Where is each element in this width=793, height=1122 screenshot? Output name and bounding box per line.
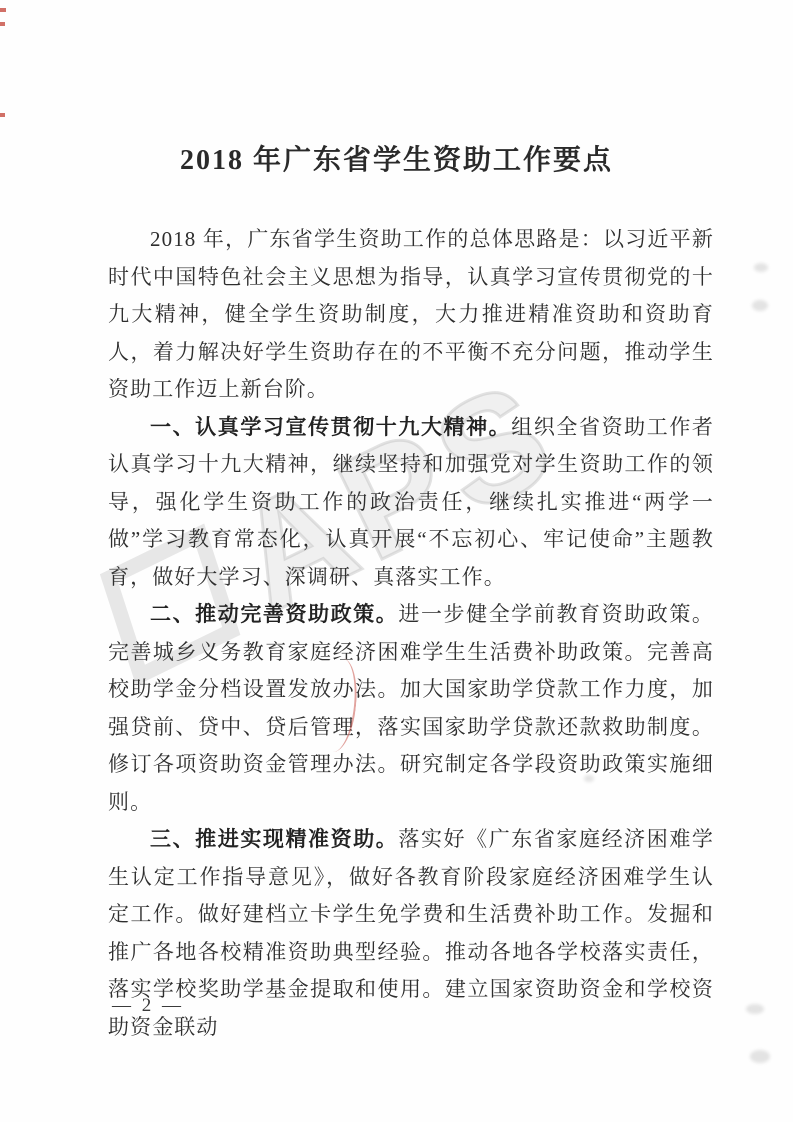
paragraph-text: 落实好《广东省家庭经济困难学生认定工作指导意见》，做好各教育阶段家庭经济困难学生… <box>108 827 714 1039</box>
paragraph-text: 进一步健全学前教育资助政策。完善城乡义务教育家庭经济困难学生生活费补助政策。完善… <box>108 602 714 814</box>
document-page: APS 2018 年广东省学生资助工作要点 2018 年，广东省学生资助工作的总… <box>0 0 793 1122</box>
red-ink-mark <box>0 8 6 12</box>
section-heading-2: 二、推动完善资助政策。 <box>150 603 398 626</box>
scan-smudge <box>754 263 768 272</box>
scan-smudge <box>746 1004 764 1014</box>
document-title: 2018 年广东省学生资助工作要点 <box>0 138 793 178</box>
paragraph-section-1: 一、认真学习宣传贯彻十九大精神。组织全省资助工作者认真学习十九大精神，继续坚持和… <box>108 409 714 597</box>
page-number: — 2 — <box>112 995 184 1017</box>
document-body: 2018 年，广东省学生资助工作的总体思路是：以习近平新时代中国特色社会主义思想… <box>108 221 714 1046</box>
paragraph-intro: 2018 年，广东省学生资助工作的总体思路是：以习近平新时代中国特色社会主义思想… <box>108 221 714 409</box>
red-ink-mark <box>0 22 5 26</box>
paragraph-text: 2018 年，广东省学生资助工作的总体思路是：以习近平新时代中国特色社会主义思想… <box>108 227 714 401</box>
paragraph-text: 组织全省资助工作者认真学习十九大精神，继续坚持和加强党对学生资助工作的领导，强化… <box>108 415 714 589</box>
section-heading-3: 三、推进实现精准资助。 <box>150 828 398 851</box>
red-ink-mark <box>0 113 5 117</box>
paragraph-section-3: 三、推进实现精准资助。落实好《广东省家庭经济困难学生认定工作指导意见》，做好各教… <box>108 821 714 1046</box>
paragraph-section-2: 二、推动完善资助政策。进一步健全学前教育资助政策。完善城乡义务教育家庭经济困难学… <box>108 596 714 821</box>
scan-smudge <box>750 1050 770 1063</box>
section-heading-1: 一、认真学习宣传贯彻十九大精神。 <box>150 416 511 439</box>
scan-smudge <box>752 300 768 311</box>
